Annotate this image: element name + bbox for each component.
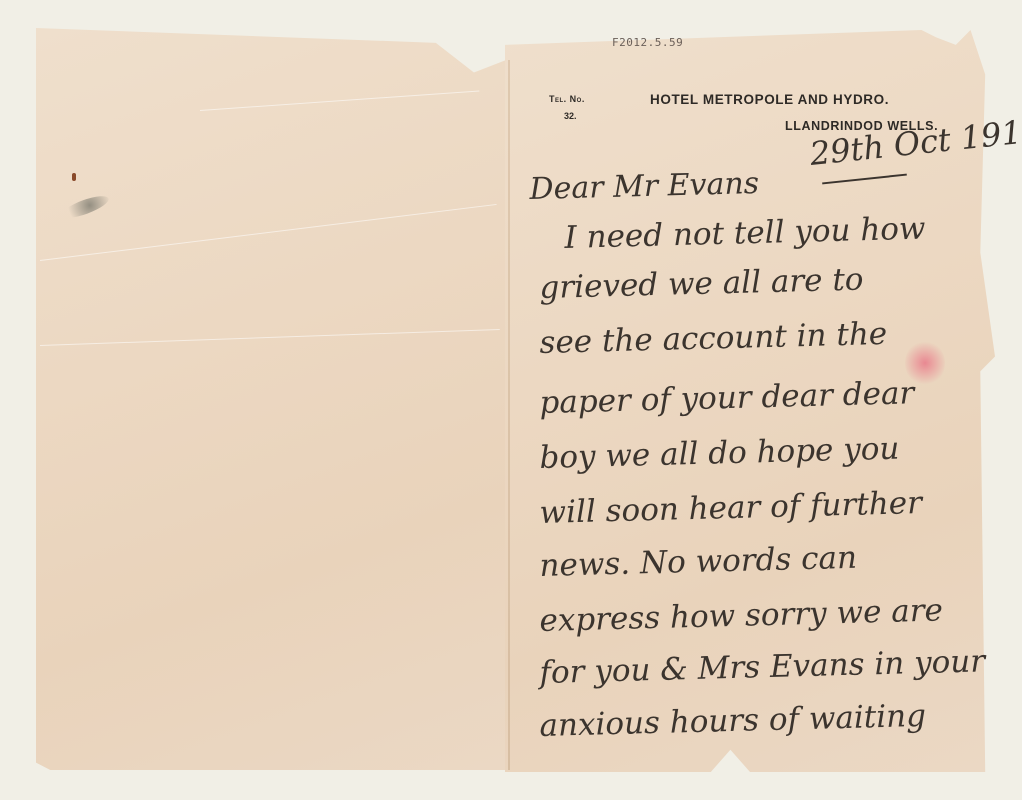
rust-mark <box>72 173 76 181</box>
accession-number: F2012.5.59 <box>612 36 683 49</box>
telephone-label: Tel. No. <box>549 94 585 104</box>
hotel-name: HOTEL METROPOLE AND HYDRO. <box>650 92 889 107</box>
left-page-blank <box>36 28 512 770</box>
salutation: Dear Mr Evans <box>529 166 759 207</box>
page-fold <box>508 60 510 770</box>
telephone-number: 32. <box>564 111 577 121</box>
